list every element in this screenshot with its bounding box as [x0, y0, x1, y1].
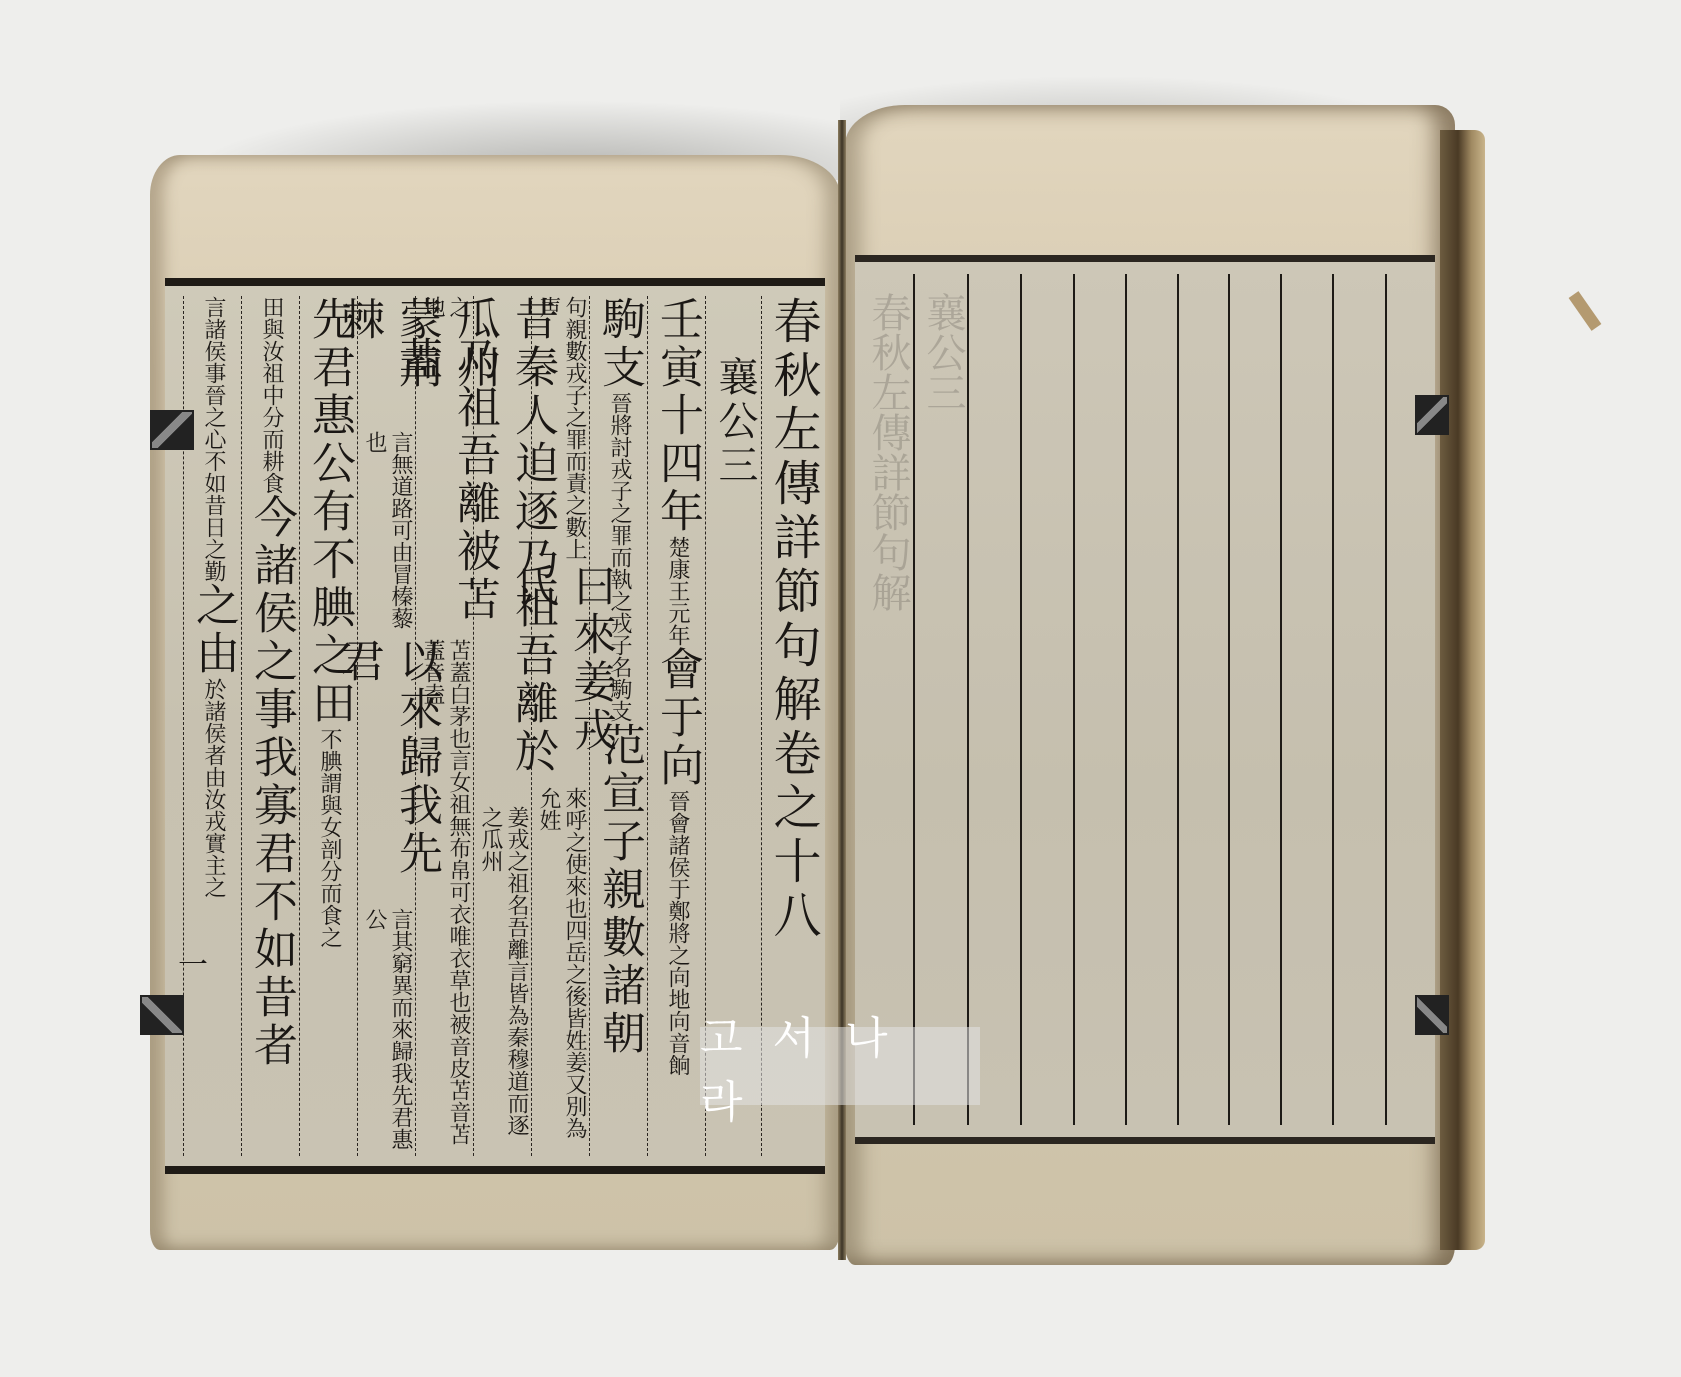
ruled-line — [1073, 274, 1075, 1125]
book-title: 春秋左傳詳節句解卷之十八 — [764, 296, 822, 944]
text-column-6: 蒙荊棘 言無道路可由冒榛藜也 以來歸我先君 言其窮異而來歸我先君惠公 — [357, 296, 416, 1156]
ruled-line — [1020, 274, 1022, 1125]
text-column-8: 田與汝祖中分而耕食 今諸侯之事我寡君不如昔者 — [241, 296, 300, 1156]
ruled-line — [967, 274, 969, 1125]
torn-paper-tab — [1569, 291, 1602, 331]
chapter-label: 襄公三 — [706, 356, 764, 488]
open-book-photo: 春秋左傳詳節句解卷之十八 襄公三 壬寅十四年 楚康王元年 會于向 晉會諸侯于鄭將… — [0, 0, 1681, 1377]
fishtail-mark-right-lower — [1415, 995, 1449, 1035]
show-through-text: 春秋左傳詳節句解 — [865, 292, 911, 1107]
fishtail-mark-upper — [150, 410, 194, 450]
fishtail-mark-right-upper — [1415, 395, 1449, 435]
page-edge-stack — [1440, 130, 1485, 1250]
ruled-line — [913, 274, 915, 1125]
show-through-text: 襄公三 — [920, 292, 966, 1107]
ruled-line — [1228, 274, 1230, 1125]
page-number-mark: 一 — [178, 940, 208, 984]
ruled-line — [1280, 274, 1282, 1125]
text-column-1: 壬寅十四年 楚康王元年 會于向 晉會諸侯于鄭將之向地向音餉 — [647, 296, 706, 1156]
ruled-line — [1332, 274, 1334, 1125]
fishtail-mark-lower — [140, 995, 184, 1035]
ruled-line — [1385, 274, 1387, 1125]
watermark: 고서나라 — [700, 1027, 980, 1105]
ruled-line — [1125, 274, 1127, 1125]
ruled-line — [1177, 274, 1179, 1125]
text-column-7: 先君惠公有不腆之田 不腆謂與女剖分而食之 — [299, 296, 358, 1156]
